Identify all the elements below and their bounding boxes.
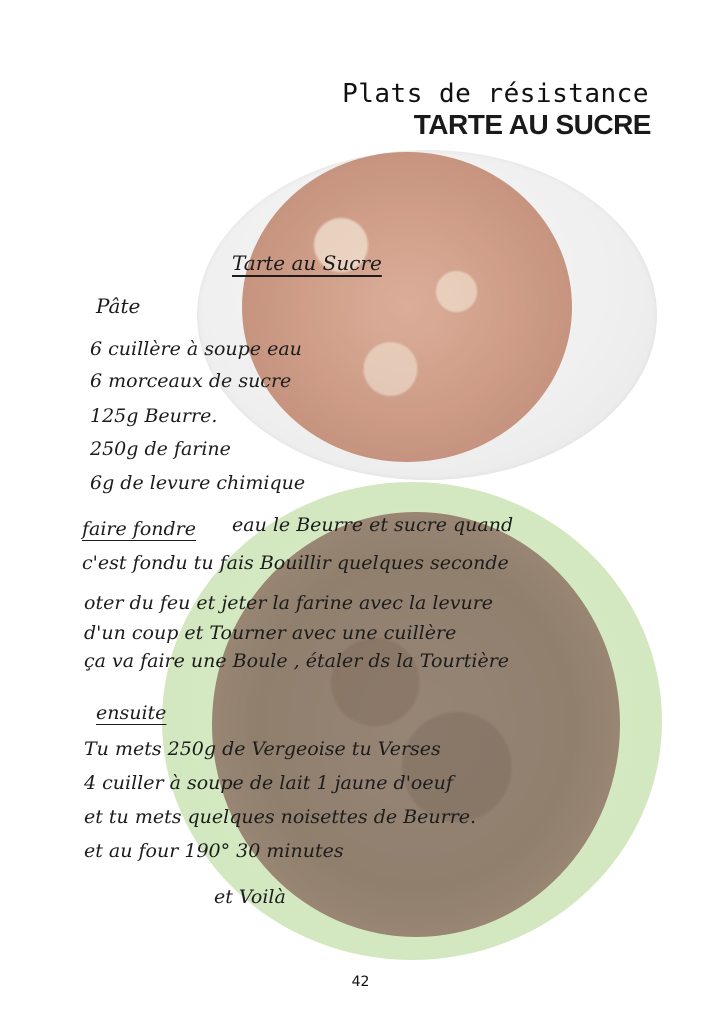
recipe-title: TARTE AU SUCRE [342, 110, 651, 140]
bottom-tart-photo [212, 512, 620, 937]
steps-heading: faire fondre [82, 518, 196, 540]
filling-line: et tu mets quelques noisettes de Beurre. [84, 806, 476, 828]
ingredient-line: 125g Beurre. [90, 405, 217, 427]
ingredient-line: 250g de farine [90, 438, 231, 460]
section-title: Plats de résistance [342, 78, 649, 110]
filling-line: 4 cuiller à soupe de lait 1 jaune d'oeuf [84, 772, 453, 794]
step-line: ça va faire une Boule , étaler ds la Tou… [84, 650, 509, 672]
then-heading: ensuite [96, 702, 166, 724]
step-line: oter du feu et jeter la farine avec la l… [84, 592, 493, 614]
step-line: d'un coup et Tourner avec une cuillère [84, 622, 456, 644]
step-line: c'est fondu tu fais Bouillir quelques se… [82, 552, 509, 574]
filling-line: et au four 190° 30 minutes [84, 840, 344, 862]
handwritten-title: Tarte au Sucre [232, 252, 382, 274]
dough-heading: Pâte [96, 295, 140, 317]
ingredient-line: 6 morceaux de sucre [90, 370, 291, 392]
top-tart-photo [242, 152, 572, 462]
page-number: 42 [0, 974, 721, 990]
closing-line: et Voilà [214, 886, 286, 908]
page-header: Plats de résistance TARTE AU SUCRE [342, 78, 649, 140]
step-line: eau le Beurre et sucre quand [232, 514, 513, 536]
ingredient-line: 6g de levure chimique [90, 472, 305, 494]
filling-line: Tu mets 250g de Vergeoise tu Verses [84, 738, 441, 760]
ingredient-line: 6 cuillère à soupe eau [90, 338, 302, 360]
